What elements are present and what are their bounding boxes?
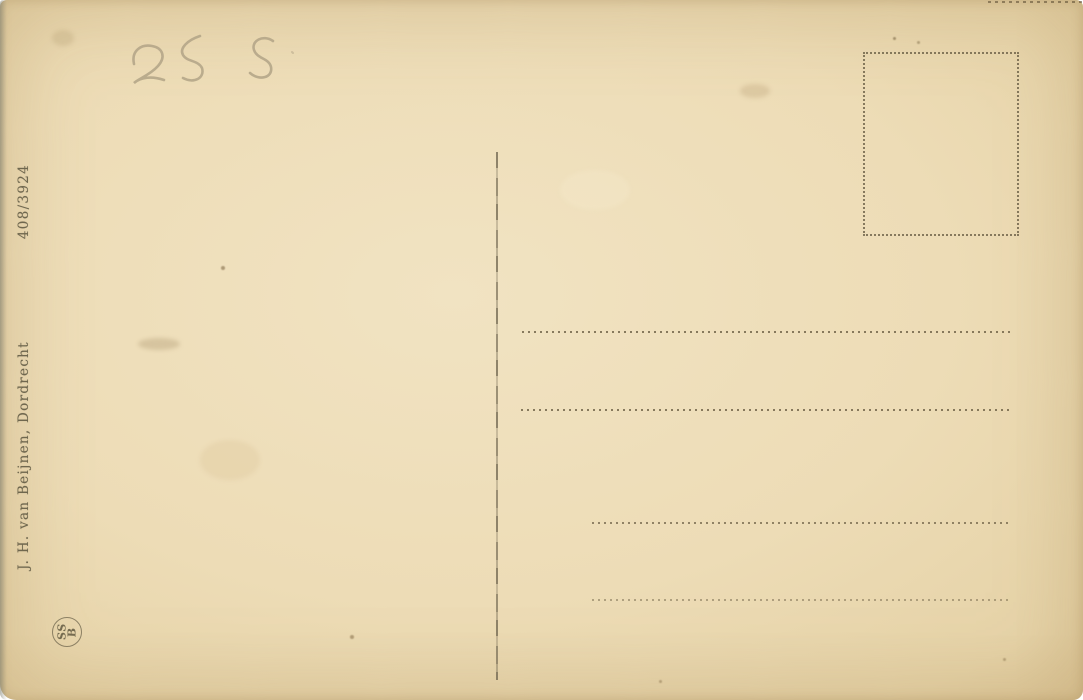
- foxing-speck: [1003, 658, 1006, 661]
- faint-stain: [740, 84, 770, 98]
- monogram-letters-bottom: B: [67, 627, 77, 638]
- foxing-speck: [659, 680, 662, 683]
- publisher-name: J. H. van Beijnen, Dordrecht: [16, 341, 32, 570]
- pencil-letter-s: [250, 38, 273, 77]
- monogram-letters: SS B: [57, 623, 77, 641]
- foxing-speck: [917, 41, 920, 44]
- handwritten-price-note: [118, 22, 308, 107]
- card-left-edge-shadow: [0, 0, 7, 700]
- publisher-imprint: J. H. van Beijnen, Dordrecht 408/3924: [13, 164, 35, 570]
- address-line-2: [521, 409, 1013, 411]
- foxing-speck: [350, 635, 354, 639]
- address-line-4: [592, 599, 1010, 601]
- faint-stain: [560, 170, 630, 210]
- scanned-postcard-image: J. H. van Beijnen, Dordrecht 408/3924 SS: [0, 0, 1083, 700]
- pencil-digit-5: [182, 36, 202, 80]
- faint-stain: [200, 440, 260, 480]
- foxing-speck: [893, 37, 896, 40]
- address-line-1: [522, 331, 1012, 333]
- stamp-box: [863, 52, 1019, 236]
- faint-stain: [52, 30, 74, 46]
- postcard-back: J. H. van Beijnen, Dordrecht 408/3924 SS: [0, 0, 1083, 700]
- address-line-3: [592, 522, 1011, 524]
- pencil-speck: [292, 52, 293, 53]
- foxing-speck: [221, 266, 225, 270]
- publisher-monogram-stamp: SS B: [52, 617, 82, 647]
- series-number: 408/3924: [16, 164, 32, 239]
- scan-edge-artifact: [988, 1, 1083, 3]
- faint-smudge: [138, 338, 180, 350]
- center-divider-line: [496, 152, 498, 680]
- pencil-digit-2: [133, 46, 164, 83]
